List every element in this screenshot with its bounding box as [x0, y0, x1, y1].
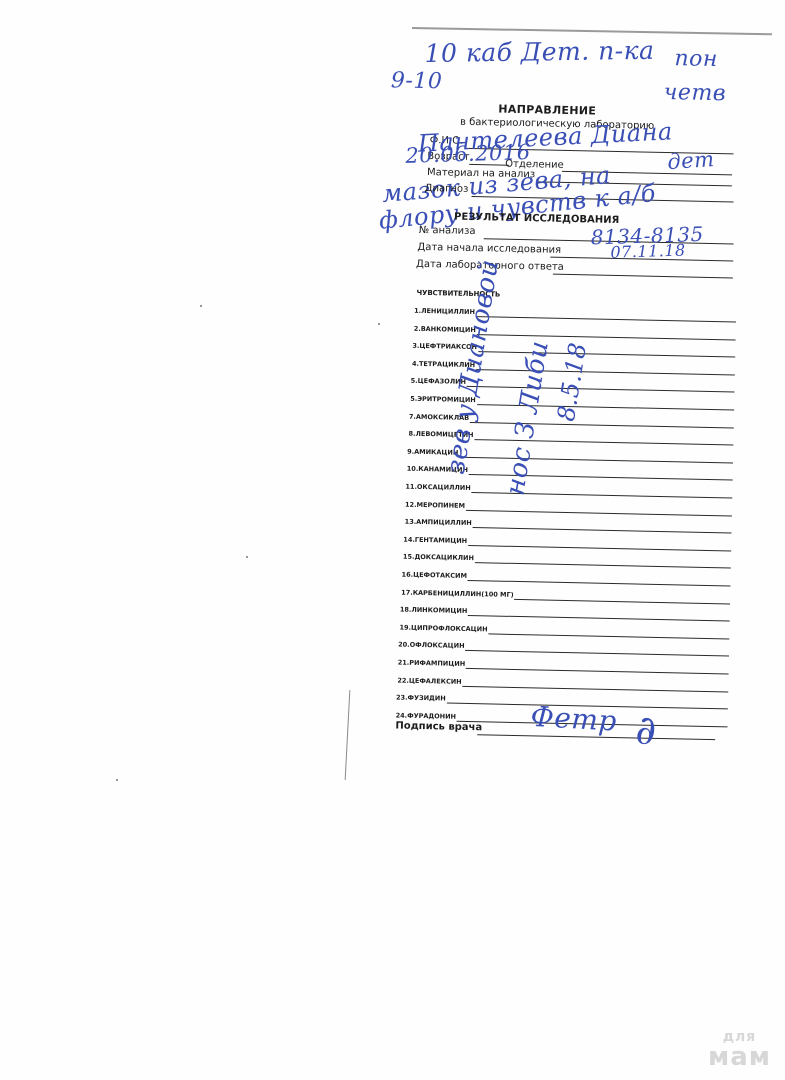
antibiotic-name: 15.ДОКСАЦИКЛИН — [403, 553, 474, 562]
antibiotic-name: 24.ФУРАДОНИН — [396, 711, 457, 720]
antibiotic-name: 23.ФУЗИДИН — [396, 694, 446, 703]
antibiotic-name: 19.ЦИПРОФЛОКСАЦИН — [399, 623, 487, 633]
doctor-signature-value: Фетр — [530, 700, 618, 738]
analysis-number-label: № анализа — [419, 225, 476, 237]
paper-left-edge — [345, 690, 351, 780]
antibiotic-name: 21.РИФАМПИЦИН — [398, 659, 466, 668]
antibiotic-name: 22.ЦЕФАЛЕКСИН — [397, 676, 461, 685]
antibiotic-name: 16.ЦЕФОТАКСИМ — [402, 571, 468, 580]
antibiotic-name: 20.ОФЛОКСАЦИН — [398, 641, 465, 650]
antibiotic-name: 11.ОКСАЦИЛЛИН — [405, 483, 470, 492]
diagnosis-label: Диагноз — [425, 183, 469, 195]
start-date-label: Дата начала исследования — [417, 242, 561, 256]
lab-referral-form: 10 каб Дет. п-ка 9-10 пон четв НАПРАВЛЕН… — [365, 30, 750, 778]
watermark-bottom: мам — [708, 1044, 771, 1070]
form-title: НАПРАВЛЕНИЕ — [498, 102, 596, 117]
handwritten-days-2: четв — [663, 80, 726, 106]
doctor-signature-flourish: ∂ — [635, 708, 657, 754]
handwritten-hours: 9-10 — [391, 68, 443, 94]
scan-speck — [116, 779, 118, 781]
scanned-page: 10 каб Дет. п-ка 9-10 пон четв НАПРАВЛЕН… — [0, 0, 785, 1080]
watermark: для мам — [708, 1030, 771, 1070]
antibiotic-name: 14.ГЕНТАМИЦИН — [403, 535, 467, 544]
scan-speck — [200, 305, 202, 307]
department-value: дет — [667, 147, 716, 174]
age-value: 20.06.2016 — [405, 140, 531, 168]
doctor-signature-label: Подпись врача — [395, 720, 482, 733]
antibiotic-name: 13.АМПИЦИЛЛИН — [405, 518, 472, 527]
scan-speck — [246, 556, 248, 558]
antibiotic-name: 12.МЕРОПИНЕМ — [405, 500, 465, 509]
antibiotic-name: 17.КАРБЕНИЦИЛЛИН(100 МГ) — [401, 588, 514, 598]
antibiotic-name: 18.ЛИНКОМИЦИН — [400, 606, 468, 615]
handwritten-days-1: пон — [674, 46, 718, 72]
start-date-value: 07.11.18 — [610, 240, 686, 261]
handwritten-clinic-room: 10 каб Дет. п-ка — [424, 36, 654, 68]
answer-date-line — [553, 274, 733, 279]
